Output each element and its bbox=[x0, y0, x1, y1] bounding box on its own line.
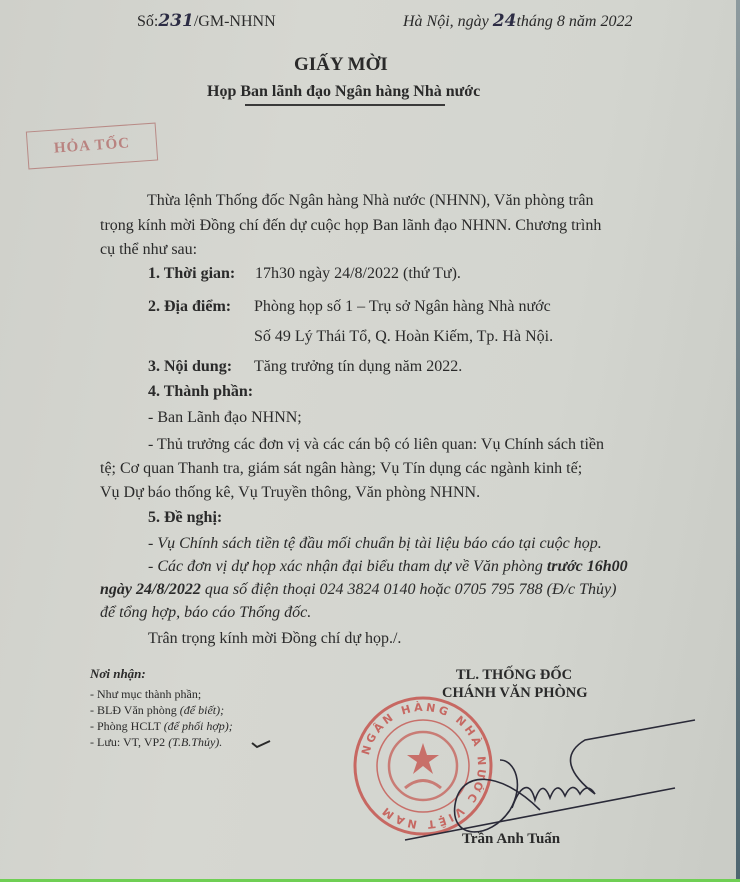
so-handwritten: 231 bbox=[158, 11, 194, 31]
closing-line: Trân trọng kính mời Đồng chí dự họp./. bbox=[148, 630, 401, 648]
recipient-note: (để phối hợp); bbox=[164, 719, 233, 733]
date-prefix: Hà Nội, ngày bbox=[403, 13, 489, 30]
participants-label: 4. Thành phần: bbox=[148, 383, 253, 401]
page-title: GIẤY MỜI bbox=[294, 54, 388, 76]
subtitle-underline bbox=[245, 104, 445, 106]
request-2-line-1-a: - Các đơn vị dự họp xác nhận đại biểu th… bbox=[148, 558, 547, 575]
request-2-line-1: - Các đơn vị dự họp xác nhận đại biểu th… bbox=[148, 558, 628, 576]
recipients-label: Nơi nhận: bbox=[90, 666, 146, 682]
date-suffix: tháng 8 năm 2022 bbox=[516, 13, 632, 30]
recipients-list: - Như mục thành phần; - BLĐ Văn phòng (đ… bbox=[90, 686, 233, 750]
place-label: 2. Địa điểm: bbox=[148, 298, 231, 316]
recipient-text: - Phòng HCLT bbox=[90, 719, 164, 733]
recipient-note: (T.B.Thủy). bbox=[168, 735, 222, 749]
intro-line-1: Thừa lệnh Thống đốc Ngân hàng Nhà nước (… bbox=[147, 192, 593, 210]
so-label: Số: bbox=[137, 13, 158, 30]
place-line-1: Phòng họp số 1 – Trụ sở Ngân hàng Nhà nư… bbox=[254, 298, 551, 316]
handwritten-signature-icon bbox=[400, 690, 700, 850]
participant-2-line-1: - Thủ trưởng các đơn vị và các cán bộ có… bbox=[148, 436, 604, 454]
content-value: Tăng trưởng tín dụng năm 2022. bbox=[254, 358, 462, 376]
document-date: Hà Nội, ngày 24tháng 8 năm 2022 bbox=[403, 11, 632, 31]
time-value: 17h30 ngày 24/8/2022 (thứ Tư). bbox=[255, 265, 461, 283]
date-day-handwritten: 24 bbox=[493, 11, 517, 31]
request-2-line-3: để tổng hợp, báo cáo Thống đốc. bbox=[100, 604, 311, 622]
content-label: 3. Nội dung: bbox=[148, 358, 232, 376]
so-suffix: /GM-NHNN bbox=[194, 13, 276, 30]
document-number: Số:231/GM-NHNN bbox=[137, 11, 276, 31]
request-2-line-2: ngày 24/8/2022 qua số điện thoại 024 382… bbox=[100, 581, 616, 599]
request-2-phone: qua số điện thoại 024 3824 0140 hoặc 070… bbox=[201, 581, 617, 598]
request-label: 5. Đề nghị: bbox=[148, 509, 222, 527]
recipient-item: - Như mục thành phần; bbox=[90, 686, 233, 702]
request-2-date: ngày 24/8/2022 bbox=[100, 581, 201, 598]
intro-line-2: trọng kính mời Đồng chí đến dự cuộc họp … bbox=[100, 217, 601, 235]
intro-line-3: cụ thể như sau: bbox=[100, 241, 197, 259]
subtitle-underlined: Ban lãnh đạo Ngân hàng Nhà nước bbox=[240, 83, 480, 100]
participant-2-line-3: Vụ Dự báo thống kê, Vụ Truyền thông, Văn… bbox=[100, 484, 480, 502]
recipient-text: - BLĐ Văn phòng bbox=[90, 703, 180, 717]
signer-name: Trần Anh Tuấn bbox=[462, 831, 560, 848]
urgent-stamp: HỎA TỐC bbox=[26, 123, 158, 170]
checkmark-icon bbox=[250, 738, 272, 750]
participant-2-line-2: tệ; Cơ quan Thanh tra, giám sát ngân hàn… bbox=[100, 460, 582, 478]
recipient-text: - Lưu: VT, VP2 bbox=[90, 735, 168, 749]
recipient-text: - Như mục thành phần; bbox=[90, 687, 201, 701]
recipient-item: - Phòng HCLT (để phối hợp); bbox=[90, 718, 233, 734]
photo-edge bbox=[736, 0, 740, 882]
request-1: - Vụ Chính sách tiền tệ đầu mối chuẩn bị… bbox=[148, 535, 602, 553]
recipient-note: (để biết); bbox=[180, 703, 224, 717]
recipient-item: - Lưu: VT, VP2 (T.B.Thủy). bbox=[90, 734, 233, 750]
participant-1: - Ban Lãnh đạo NHNN; bbox=[148, 409, 302, 427]
place-line-2: Số 49 Lý Thái Tổ, Q. Hoàn Kiếm, Tp. Hà N… bbox=[254, 328, 553, 346]
subtitle-prefix: Họp bbox=[207, 83, 240, 100]
request-2-deadline: trước 16h00 bbox=[547, 558, 628, 575]
page-subtitle: Họp Ban lãnh đạo Ngân hàng Nhà nước bbox=[207, 83, 480, 101]
time-label: 1. Thời gian: bbox=[148, 265, 235, 283]
recipient-item: - BLĐ Văn phòng (để biết); bbox=[90, 702, 233, 718]
document-page: Số:231/GM-NHNN Hà Nội, ngày 24tháng 8 nă… bbox=[0, 0, 740, 882]
signature-title-1: TL. THỐNG ĐỐC bbox=[456, 667, 572, 684]
